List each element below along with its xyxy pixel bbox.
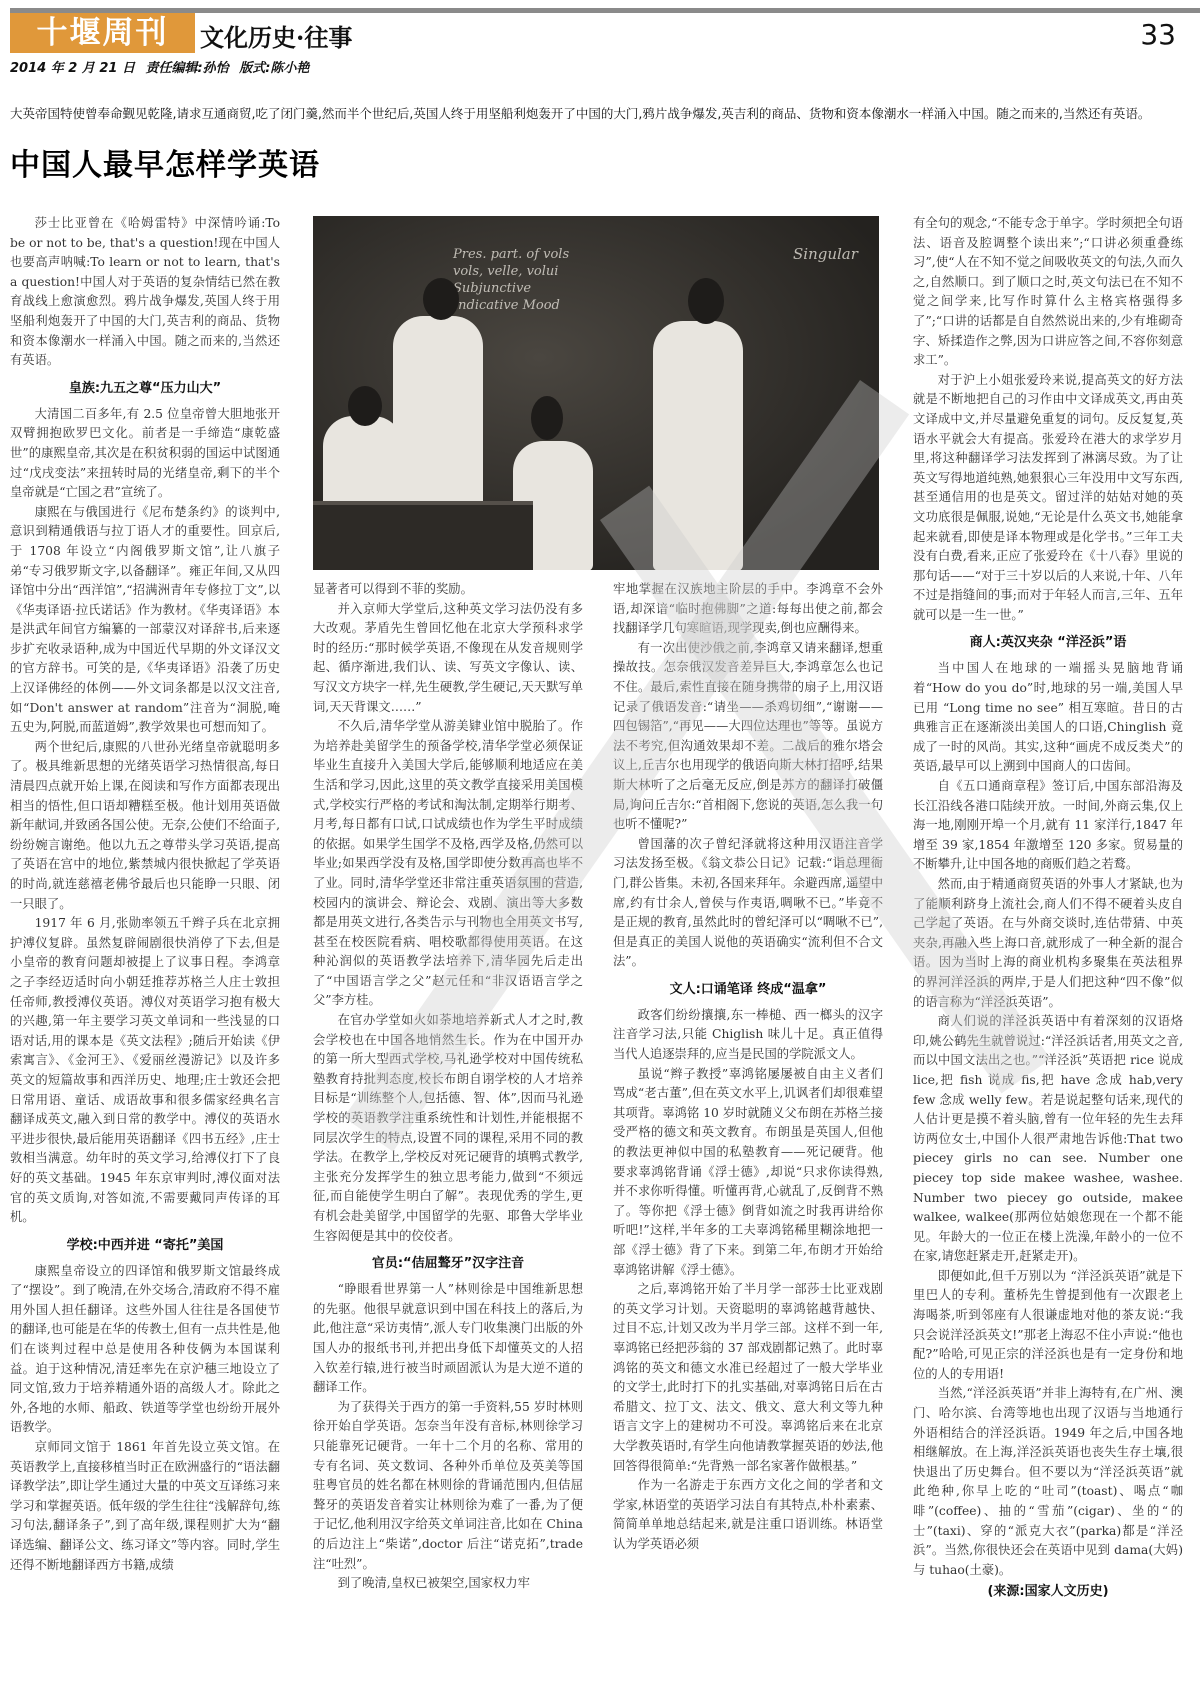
subheading-officials: 官员:“佶屈聱牙”汉字注音 <box>313 1254 583 1274</box>
paragraph: 当然,“洋泾浜英语”并非上海特有,在广州、澳门、哈尔滨、台湾等地也出现了汉语与当… <box>913 1384 1183 1580</box>
paragraph: 莎士比亚曾在《哈姆雷特》中深情吟诵:To be or not to be, th… <box>10 214 280 371</box>
editor-credit: 责任编辑:孙怡 <box>145 61 228 76</box>
paragraph: 为了获得关于西方的第一手资料,55 岁时林则徐开始自学英语。怎奈当年没有音标,林… <box>313 1398 583 1574</box>
subheading-royalty: 皇族:九五之尊“压力山大” <box>10 379 280 399</box>
subheading-literati: 文人:口诵笔译 终成“温拿” <box>613 980 883 1000</box>
paragraph: 政客们纷纷攘攘,东一棒槌、西一榔头的汉字注音学习法,只能 Chiglish 味儿… <box>613 1006 883 1065</box>
paragraph: 然而,由于精通商贸英语的外事人才紧缺,也为了能顺利跻身上流社会,商人们不得不硬着… <box>913 875 1183 1012</box>
page-number: 33 <box>1140 18 1176 51</box>
desk <box>313 501 533 570</box>
article-lead: 大英帝国特使曾奉命觐见乾隆,请求互通商贸,吃了闭门羹,然而半个世纪后,英国人终于… <box>10 104 1190 123</box>
article-headline: 中国人最早怎样学英语 <box>10 140 320 184</box>
paragraph: 到了晚清,皇权已被架空,国家权力牢 <box>313 1574 583 1594</box>
paragraph: 商人们说的洋泾浜英语中有着深刻的汉语烙印,姚公鹤先生就曾说过:“洋泾浜话者,用英… <box>913 1012 1183 1267</box>
paragraph: 显著者可以得到不菲的奖励。 <box>313 580 583 600</box>
paragraph: 对于沪上小姐张爱玲来说,提高英文的好方法就是不断地把自己的习作由中文译成英文,再… <box>913 371 1183 626</box>
classroom-photo: Pres. part. of vols vols, velle, volui S… <box>313 216 879 570</box>
column-2: 显著者可以得到不菲的奖励。 并入京师大学堂后,这种英文学习法仍没有多大改观。茅盾… <box>313 580 583 1594</box>
standing-student-figure <box>653 321 743 570</box>
dateline: 2014 年 2 月 21 日 责任编辑:孙怡 版式:陈小艳 <box>10 57 315 76</box>
paragraph: 1917 年 6 月,张勋率领五千辫子兵在北京拥护溥仪复辟。虽然复辟闹剧很快消停… <box>10 914 280 1228</box>
student-head <box>531 396 563 440</box>
layout-credit: 版式:陈小艳 <box>239 61 309 76</box>
paragraph: 两个世纪后,康熙的八世孙光绪皇帝就聪明多了。极具维新思想的光绪英语学习热情很高,… <box>10 738 280 914</box>
issue-date: 2014 年 2 月 21 日 <box>10 61 135 76</box>
paragraph: 曾国藩的次子曾纪泽就将这种用汉语注音学习法发扬至极。《翁文恭公日记》记载:“诣总… <box>613 835 883 972</box>
column-1: 莎士比亚曾在《哈姆雷特》中深情吟诵:To be or not to be, th… <box>10 214 280 1575</box>
chalk-writing-left: Pres. part. of vols vols, velle, volui S… <box>453 246 569 314</box>
paragraph: 康熙在与俄国进行《尼布楚条约》的谈判中,意识到精通俄语与拉丁语人才的重要性。回京… <box>10 503 280 738</box>
paragraph: 牢地掌握在汉族地主阶层的手中。李鸿章不会外语,却深谙“临时抱佛脚”之道:每每出使… <box>613 580 883 639</box>
paragraph: 自《五口通商章程》签订后,中国东部沿海及长江沿线各港口陆续开放。一时间,外商云集… <box>913 777 1183 875</box>
paragraph: 虽说“辫子教授”辜鸿铭屡屡被自由主义者们骂成“老古董”,但在英文水平上,讥讽者们… <box>613 1065 883 1281</box>
subheading-merchants: 商人:英汉夹杂 “洋泾浜”语 <box>913 633 1183 653</box>
teacher-figure <box>393 316 483 516</box>
paragraph: 有全句的观念,“不能专念于单字。学时须把全句语法、语音及腔调整个读出来”;“口讲… <box>913 214 1183 371</box>
section-title: 文化历史·往事 <box>200 24 352 52</box>
paragraph: 有一次出使沙俄之前,李鸿章又请来翻译,想重操故技。怎奈俄汉发音差异巨大,李鸿章怎… <box>613 639 883 835</box>
paragraph: 大清国二百多年,有 2.5 位皇帝曾大胆地张开双臂拥抱欧罗巴文化。前者是一手缔造… <box>10 405 280 503</box>
paragraph: 不久后,清华学堂从游美肄业馆中脱胎了。作为培养赴美留学生的预备学校,清华学堂必须… <box>313 717 583 1011</box>
paragraph: 作为一名游走于东西方文化之间的学者和文学家,林语堂的英语学习法自有其特点,朴朴素… <box>613 1476 883 1554</box>
chalk-writing-right: Singular <box>793 246 858 263</box>
column-4: 有全句的观念,“不能专念于单字。学时须把全句语法、语音及腔调整个读出来”;“口讲… <box>913 214 1183 1602</box>
paragraph: “睁眼看世界第一人”林则徐是中国维新思想的先驱。他很早就意识到中国在科技上的落后… <box>313 1280 583 1398</box>
paragraph: 当中国人在地球的一端摇头晃脑地背诵着“How do you do”时,地球的另一… <box>913 659 1183 777</box>
column-3: 牢地掌握在汉族地主阶层的手中。李鸿章不会外语,却深谙“临时抱佛脚”之道:每每出使… <box>613 580 883 1555</box>
paragraph: 康熙皇帝设立的四译馆和俄罗斯文馆最终成了“摆设”。到了晚清,在外交场合,清政府不… <box>10 1262 280 1438</box>
source-credit: (来源:国家人文历史) <box>913 1582 1183 1602</box>
paragraph: 即便如此,但千万别以为 “洋泾浜英语”就是下里巴人的专利。董桥先生曾提到他有一次… <box>913 1267 1183 1385</box>
student-head <box>348 386 382 426</box>
paragraph: 之后,辜鸿铭开始了半月学一部莎士比亚戏剧的英文学习计划。天资聪明的辜鸿铭越背越快… <box>613 1280 883 1476</box>
paragraph: 在官办学堂如火如荼地培养新式人才之时,教会学校也在中国各地悄然生长。作为在中国开… <box>313 1011 583 1246</box>
teacher-head <box>423 278 459 320</box>
student-head <box>688 278 724 324</box>
paper-masthead: 十堰周刊 <box>10 13 195 53</box>
paragraph: 京师同文馆于 1861 年首先设立英文馆。在英语教学上,直接移植当时正在欧洲盛行… <box>10 1438 280 1575</box>
paragraph: 并入京师大学堂后,这种英文学习法仍没有多大改观。茅盾先生曾回忆他在北京大学预科求… <box>313 600 583 718</box>
subheading-schools: 学校:中西并进 “寄托”美国 <box>10 1236 280 1256</box>
